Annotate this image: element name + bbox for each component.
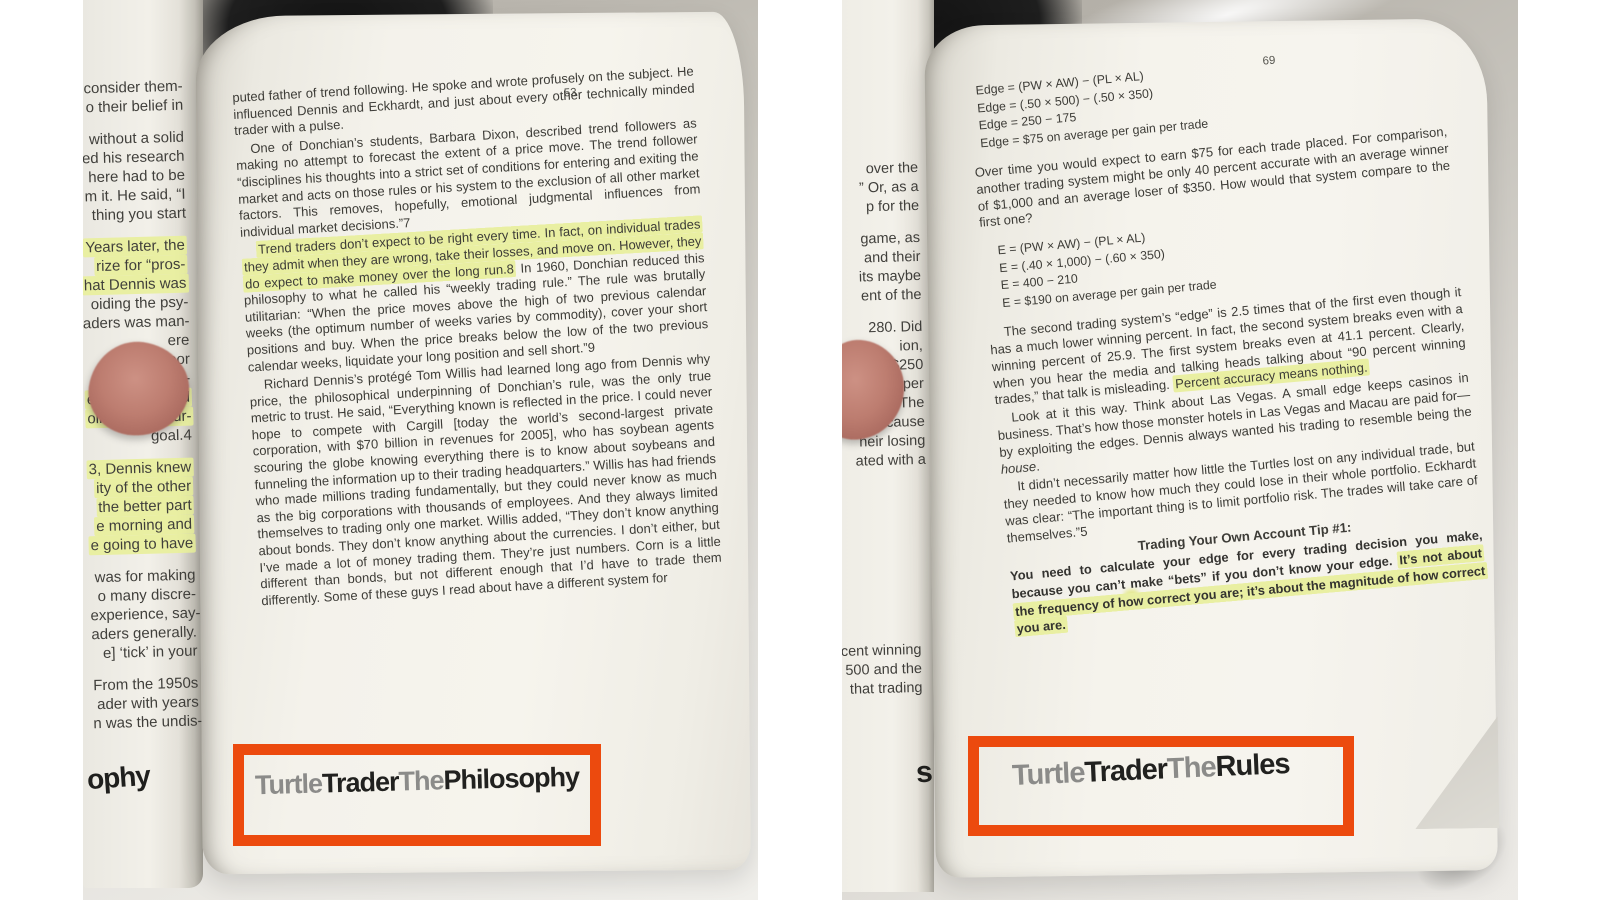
margin-line: over the bbox=[866, 159, 919, 179]
right-page-body: Edge = (PW × AW) − (PL × AL)Edge = (.50 … bbox=[967, 40, 1488, 640]
margin-line: n was the undis- bbox=[93, 711, 203, 733]
margin-line: o many discre- bbox=[97, 585, 196, 607]
margin-line: thing you start bbox=[92, 204, 187, 225]
left-verso-page-edge: consider them-o their belief inwithout a… bbox=[83, 0, 203, 888]
margin-line: ated with a bbox=[855, 451, 926, 472]
margin-line: without a solid bbox=[89, 128, 185, 149]
right-verso-page-edge: over the” Or, as ap for thegame, asand t… bbox=[842, 0, 934, 892]
left-page-body: puted father of trend following. He spok… bbox=[232, 63, 723, 611]
margin-line: consider them- bbox=[83, 77, 183, 99]
verso-footer-partial: ophy bbox=[86, 760, 151, 796]
paragraph-text: Richard Dennis’s protégé Tom Willis had … bbox=[249, 351, 722, 608]
margin-line: ” Or, as a bbox=[859, 178, 919, 199]
margin-line: ere bbox=[167, 331, 189, 351]
margin-line: 500 and the bbox=[845, 660, 922, 681]
italic-text: house bbox=[1000, 458, 1037, 476]
verso-text-fragments: cent winning500 and thethat trading bbox=[842, 641, 923, 700]
margin-line: e] ‘tick’ in your bbox=[103, 642, 198, 663]
orange-annotation-box bbox=[968, 736, 1354, 836]
margin-line: and their bbox=[864, 248, 921, 268]
orange-annotation-box bbox=[233, 744, 601, 846]
margin-line: game, as bbox=[860, 229, 920, 250]
margin-line: ent of the bbox=[861, 286, 922, 307]
margin-line: here had to be bbox=[88, 166, 185, 188]
margin-line: the better part bbox=[96, 496, 194, 518]
verso-footer-partial: s bbox=[915, 755, 933, 790]
margin-line: o their belief in bbox=[85, 96, 183, 118]
paragraph-text: . bbox=[1035, 458, 1040, 473]
margin-line: ion, bbox=[899, 337, 923, 357]
right-book-photo: over the” Or, as ap for thegame, asand t… bbox=[842, 0, 1518, 900]
margin-line: ity of the other bbox=[94, 477, 194, 499]
margin-line: that trading bbox=[850, 679, 923, 700]
margin-line: p for the bbox=[866, 197, 920, 217]
margin-line: cent winning bbox=[842, 641, 922, 662]
margin-line: oiding the psy- bbox=[91, 293, 189, 315]
paragraph: Richard Dennis’s protégé Tom Willis had … bbox=[248, 351, 723, 610]
left-book-photo: consider them-o their belief inwithout a… bbox=[83, 0, 758, 900]
paragraph: Trend traders don’t expect to be right e… bbox=[241, 217, 710, 376]
margin-line: e going to have bbox=[88, 534, 195, 556]
margin-line: 280. Did bbox=[868, 318, 922, 338]
margin-line: its maybe bbox=[859, 267, 922, 288]
margin-line: rize for “pros- bbox=[94, 255, 188, 276]
clipped-page-corner bbox=[1414, 716, 1500, 829]
